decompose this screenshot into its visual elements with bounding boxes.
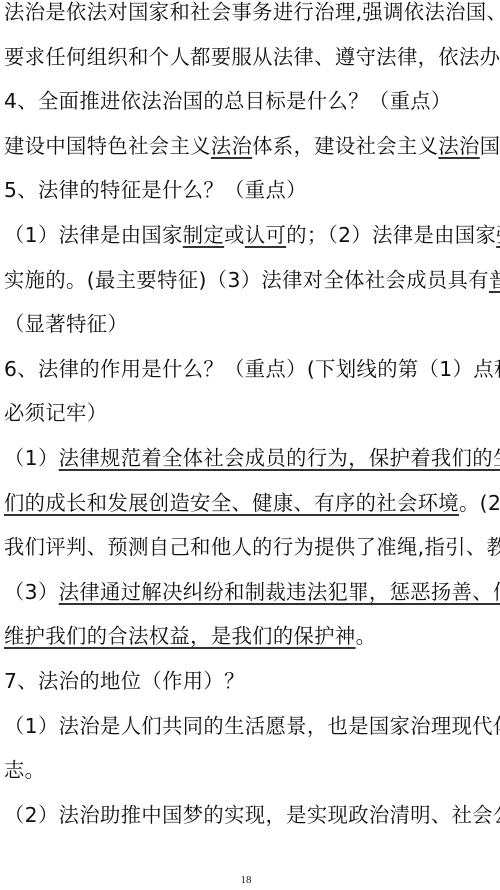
text-line: （1）法治是人们共同的生活愿景，也是国家治理现代化的重要标 [4, 713, 500, 739]
text-line: （3）法律通过解决纠纷和制裁违法犯罪，惩恶扬善、伸张正义， [4, 579, 500, 605]
underlined-text: 制定 [183, 223, 224, 247]
text-line: 们的成长和发展创造安全、健康、有序的社会环境。(2）法律也为 [4, 490, 500, 516]
text-segment: 的；（2）法律是由国家 [286, 223, 496, 247]
text-segment: 法治是依法对国家和社会事务进行治理,强调依法治国、法律至上, [4, 0, 500, 24]
text-line: 建设中国特色社会主义法治体系，建设社会主义法治国家。 [4, 133, 500, 159]
text-line: 必须记牢） [4, 400, 500, 426]
underlined-text: 法律规范着全体社会成员的行为，保护着我们的生活，为我 [59, 446, 500, 470]
document-page: 法治是依法对国家和社会事务进行治理,强调依法治国、法律至上,要求任何组织和个人都… [0, 0, 500, 890]
underlined-text: 普遍约束力 [489, 268, 500, 292]
underlined-text: 法治 [211, 134, 252, 158]
text-line: （1）法律是由国家制定或认可的；（2）法律是由国家强制力保证 [4, 222, 500, 248]
text-line: 实施的。(最主要特征)（3）法律对全体社会成员具有普遍约束力。 [4, 267, 500, 293]
text-segment: 要求任何组织和个人都要服从法律、遵守法律，依法办事。 [4, 45, 500, 69]
underlined-text: 们的成长和发展创造安全、健康、有序的社会环境 [4, 491, 459, 515]
underlined-text: 维护我们的合法权益，是我们的保护神 [4, 624, 356, 648]
text-segment: 。(2）法律也为 [459, 491, 500, 515]
text-line: 要求任何组织和个人都要服从法律、遵守法律，依法办事。 [4, 44, 500, 70]
underlined-text: 法治 [438, 134, 479, 158]
page-number: 18 [0, 874, 492, 886]
text-line: （2）法治助推中国梦的实现，是实现政治清明、社会公平、民心 [4, 802, 500, 828]
text-line: 志。 [4, 757, 500, 783]
text-segment: （显著特征） [4, 312, 128, 336]
underlined-text: 认可 [245, 223, 286, 247]
text-line: 6、法律的作用是什么？（重点）(下划线的第（1）点和第（3）点 [4, 356, 500, 382]
text-line: 5、法律的特征是什么？（重点） [4, 177, 500, 203]
text-segment: 建设中国特色社会主义 [4, 134, 211, 158]
text-segment: 7、法治的地位（作用）？ [4, 669, 245, 693]
text-segment: （1） [4, 446, 59, 470]
text-segment: 志。 [4, 758, 45, 782]
text-segment: 6、法律的作用是什么？（重点）(下划线的第（1）点和第（3）点 [4, 357, 500, 381]
text-segment: 。 [356, 624, 377, 648]
text-line: 4、全面推进依法治国的总目标是什么？（重点） [4, 88, 500, 114]
text-line: 维护我们的合法权益，是我们的保护神。 [4, 623, 500, 649]
text-segment: 或 [224, 223, 245, 247]
underlined-text: 强制力 [496, 223, 500, 247]
text-segment: 体系，建设社会主义 [252, 134, 438, 158]
text-line: 7、法治的地位（作用）？ [4, 668, 500, 694]
text-segment: （1）法律是由国家 [4, 223, 183, 247]
text-segment: 我们评判、预测自己和他人的行为提供了准绳,指引、教育人向善。 [4, 535, 500, 559]
text-segment: 4、全面推进依法治国的总目标是什么？（重点） [4, 89, 452, 113]
text-segment: （2）法治助推中国梦的实现，是实现政治清明、社会公平、民心 [4, 803, 500, 827]
underlined-text: 法律通过解决纠纷和制裁违法犯罪，惩恶扬善、伸张正义， [59, 580, 500, 604]
text-segment: 必须记牢） [4, 401, 107, 425]
text-segment: 5、法律的特征是什么？（重点） [4, 178, 307, 202]
text-line: 我们评判、预测自己和他人的行为提供了准绳,指引、教育人向善。 [4, 534, 500, 560]
text-line: （1）法律规范着全体社会成员的行为，保护着我们的生活，为我 [4, 445, 500, 471]
text-line: 法治是依法对国家和社会事务进行治理,强调依法治国、法律至上, [4, 0, 500, 25]
text-line: （显著特征） [4, 311, 500, 337]
text-segment: 国家。 [480, 134, 500, 158]
text-segment: （3） [4, 580, 59, 604]
text-segment: （1）法治是人们共同的生活愿景，也是国家治理现代化的重要标 [4, 714, 500, 738]
text-segment: 实施的。(最主要特征)（3）法律对全体社会成员具有 [4, 268, 489, 292]
